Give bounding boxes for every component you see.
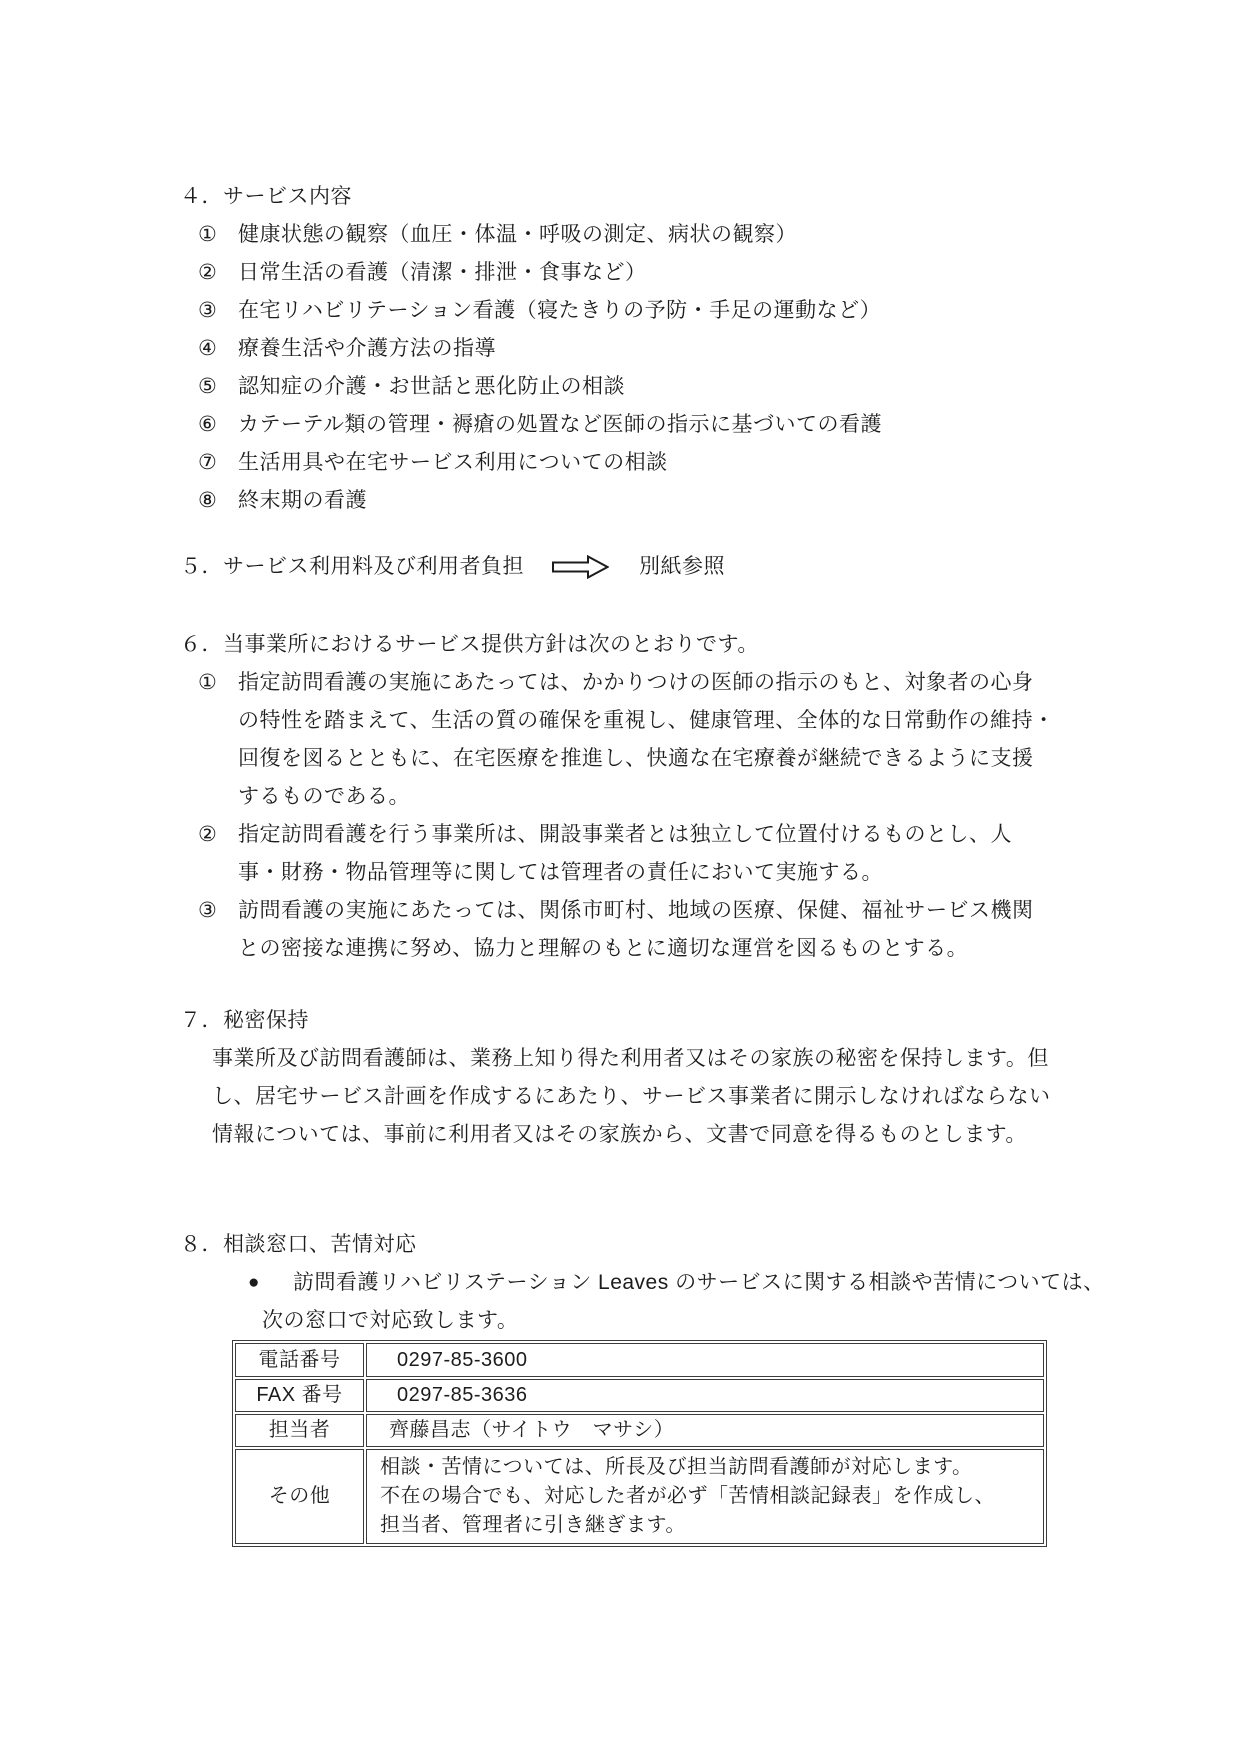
contact-note-line: 訪問看護リハビリステーション Leaves のサービスに関する相談や苦情について… (293, 1264, 1105, 1302)
policy-line: するものである。 (238, 778, 1055, 816)
service-item-text: 療養生活や介護方法の指導 (238, 337, 496, 360)
bullet-icon: ● (248, 1264, 293, 1302)
section-7-heading: ７．秘密保持 (180, 1002, 1241, 1040)
service-item: ⑧終末期の看護 (198, 482, 1241, 520)
policy-item-text: 訪問看護の実施にあたっては、関係市町村、地域の医療、保健、福祉サービス機関 との… (238, 892, 1034, 968)
service-item-text: 健康状態の観察（血圧・体温・呼吸の測定、病状の観察） (238, 223, 797, 246)
service-item-text: 認知症の介護・お世話と悪化防止の相談 (238, 375, 625, 398)
policy-line: 回復を図るとともに、在宅医療を推進し、快適な在宅療養が継続できるように支援 (238, 740, 1055, 778)
policy-item: ② 指定訪問看護を行う事業所は、開設事業者とは独立して位置付けるものとし、人 事… (198, 816, 1241, 892)
table-row: 担当者 齊藤昌志（サイトウ マサシ） (235, 1414, 1044, 1447)
policy-item-text: 指定訪問看護を行う事業所は、開設事業者とは独立して位置付けるものとし、人 事・財… (238, 816, 1012, 892)
table-row: FAX 番号 0297-85-3636 (235, 1379, 1044, 1412)
circled-number-icon: ② (198, 254, 238, 292)
block-arrow-right-icon (552, 555, 609, 579)
policy-line: 事・財務・物品管理等に関しては管理者の責任において実施する。 (238, 854, 1012, 892)
table-row: その他 相談・苦情については、所長及び担当訪問看護師が対応します。 不在の場合で… (235, 1449, 1044, 1544)
row-label: 担当者 (235, 1414, 364, 1447)
fax-number-value: 0297-85-3636 (366, 1379, 1044, 1412)
contact-note-line: 次の窓口で対応致します。 (262, 1302, 1241, 1340)
service-item: ⑤認知症の介護・お世話と悪化防止の相談 (198, 368, 1241, 406)
section-6-number: ６． (180, 626, 223, 664)
service-item: ④療養生活や介護方法の指導 (198, 330, 1241, 368)
service-item: ⑦生活用具や在宅サービス利用についての相談 (198, 444, 1241, 482)
section-5: ５．サービス利用料及び利用者負担 別紙参照 (0, 548, 1241, 586)
service-item: ①健康状態の観察（血圧・体温・呼吸の測定、病状の観察） (198, 216, 1241, 254)
policy-line: 指定訪問看護の実施にあたっては、かかりつけの医師の指示のもと、対象者の心身 (238, 664, 1055, 702)
circled-number-icon: ② (198, 816, 238, 892)
policy-item-text: 指定訪問看護の実施にあたっては、かかりつけの医師の指示のもと、対象者の心身 の特… (238, 664, 1055, 816)
circled-number-icon: ⑧ (198, 482, 238, 520)
circled-number-icon: ⑥ (198, 406, 238, 444)
row-label: FAX 番号 (235, 1379, 364, 1412)
section-4-number: ４． (180, 178, 223, 216)
section-6-heading: ６．当事業所におけるサービス提供方針は次のとおりです。 (180, 626, 1241, 664)
contact-person-value: 齊藤昌志（サイトウ マサシ） (366, 1414, 1044, 1447)
fee-line: ５．サービス利用料及び利用者負担 別紙参照 (180, 548, 1241, 586)
section-7-number: ７． (180, 1002, 223, 1040)
body-line: し、居宅サービス計画を作成するにあたり、サービス事業者に開示しなければならない (212, 1078, 1241, 1116)
service-item: ②日常生活の看護（清潔・排泄・食事など） (198, 254, 1241, 292)
contact-table: 電話番号 0297-85-3600 FAX 番号 0297-85-3636 担当… (232, 1340, 1047, 1547)
contact-bullet-item: ● 訪問看護リハビリステーション Leaves のサービスに関する相談や苦情につ… (248, 1264, 1241, 1302)
row-label: 電話番号 (235, 1343, 364, 1377)
circled-number-icon: ③ (198, 892, 238, 968)
circled-number-icon: ① (198, 664, 238, 816)
circled-number-icon: ③ (198, 292, 238, 330)
row-label: その他 (235, 1449, 364, 1544)
service-item-text: 在宅リハビリテーション看護（寝たきりの予防・手足の運動など） (238, 299, 881, 322)
policy-line: の特性を踏まえて、生活の質の確保を重視し、健康管理、全体的な日常動作の維持・ (238, 702, 1055, 740)
section-7: ７．秘密保持 事業所及び訪問看護師は、業務上知り得た利用者又はその家族の秘密を保… (0, 1002, 1241, 1154)
section-6-title: 当事業所におけるサービス提供方針は次のとおりです。 (223, 633, 759, 656)
service-item: ⑥カテーテル類の管理・褥瘡の処置など医師の指示に基づいての看護 (198, 406, 1241, 444)
confidentiality-body: 事業所及び訪問看護師は、業務上知り得た利用者又はその家族の秘密を保持します。但 … (212, 1040, 1241, 1154)
circled-number-icon: ④ (198, 330, 238, 368)
section-5-title: サービス利用料及び利用者負担 (223, 548, 524, 586)
body-line: 情報については、事前に利用者又はその家族から、文書で同意を得るものとします。 (212, 1116, 1241, 1154)
section-8-heading: ８．相談窓口、苦情対応 (180, 1226, 1241, 1264)
service-item-text: 生活用具や在宅サービス利用についての相談 (238, 451, 668, 474)
section-5-number: ５． (180, 548, 223, 586)
section-8-number: ８． (180, 1226, 223, 1264)
policy-item: ③ 訪問看護の実施にあたっては、関係市町村、地域の医療、保健、福祉サービス機関 … (198, 892, 1241, 968)
service-item-text: 終末期の看護 (238, 489, 367, 512)
service-item-text: 日常生活の看護（清潔・排泄・食事など） (238, 261, 647, 284)
service-item: ③在宅リハビリテーション看護（寝たきりの予防・手足の運動など） (198, 292, 1241, 330)
section-7-title: 秘密保持 (223, 1009, 309, 1032)
circled-number-icon: ① (198, 216, 238, 254)
service-item-text: カテーテル類の管理・褥瘡の処置など医師の指示に基づいての看護 (238, 413, 882, 436)
policy-item: ① 指定訪問看護の実施にあたっては、かかりつけの医師の指示のもと、対象者の心身 … (198, 664, 1241, 816)
policy-line: との密接な連携に努め、協力と理解のもとに適切な運営を図るものとする。 (238, 930, 1034, 968)
section-4-heading: ４．サービス内容 (180, 178, 1241, 216)
table-row: 電話番号 0297-85-3600 (235, 1343, 1044, 1377)
section-8: ８．相談窓口、苦情対応 ● 訪問看護リハビリステーション Leaves のサービ… (0, 1226, 1241, 1547)
section-6: ６．当事業所におけるサービス提供方針は次のとおりです。 ① 指定訪問看護の実施に… (0, 626, 1241, 968)
circled-number-icon: ⑤ (198, 368, 238, 406)
section-4-title: サービス内容 (223, 185, 352, 208)
document-page: ４．サービス内容 ①健康状態の観察（血圧・体温・呼吸の測定、病状の観察） ②日常… (0, 0, 1241, 1755)
body-line: 事業所及び訪問看護師は、業務上知り得た利用者又はその家族の秘密を保持します。但 (212, 1040, 1241, 1078)
section-4: ４．サービス内容 ①健康状態の観察（血圧・体温・呼吸の測定、病状の観察） ②日常… (0, 178, 1241, 520)
other-notes-value: 相談・苦情については、所長及び担当訪問看護師が対応します。 不在の場合でも、対応… (366, 1449, 1044, 1544)
phone-number-value: 0297-85-3600 (366, 1343, 1044, 1377)
circled-number-icon: ⑦ (198, 444, 238, 482)
policy-line: 訪問看護の実施にあたっては、関係市町村、地域の医療、保健、福祉サービス機関 (238, 892, 1034, 930)
reference-label: 別紙参照 (639, 548, 725, 586)
section-8-title: 相談窓口、苦情対応 (223, 1233, 417, 1256)
policy-line: 指定訪問看護を行う事業所は、開設事業者とは独立して位置付けるものとし、人 (238, 816, 1012, 854)
